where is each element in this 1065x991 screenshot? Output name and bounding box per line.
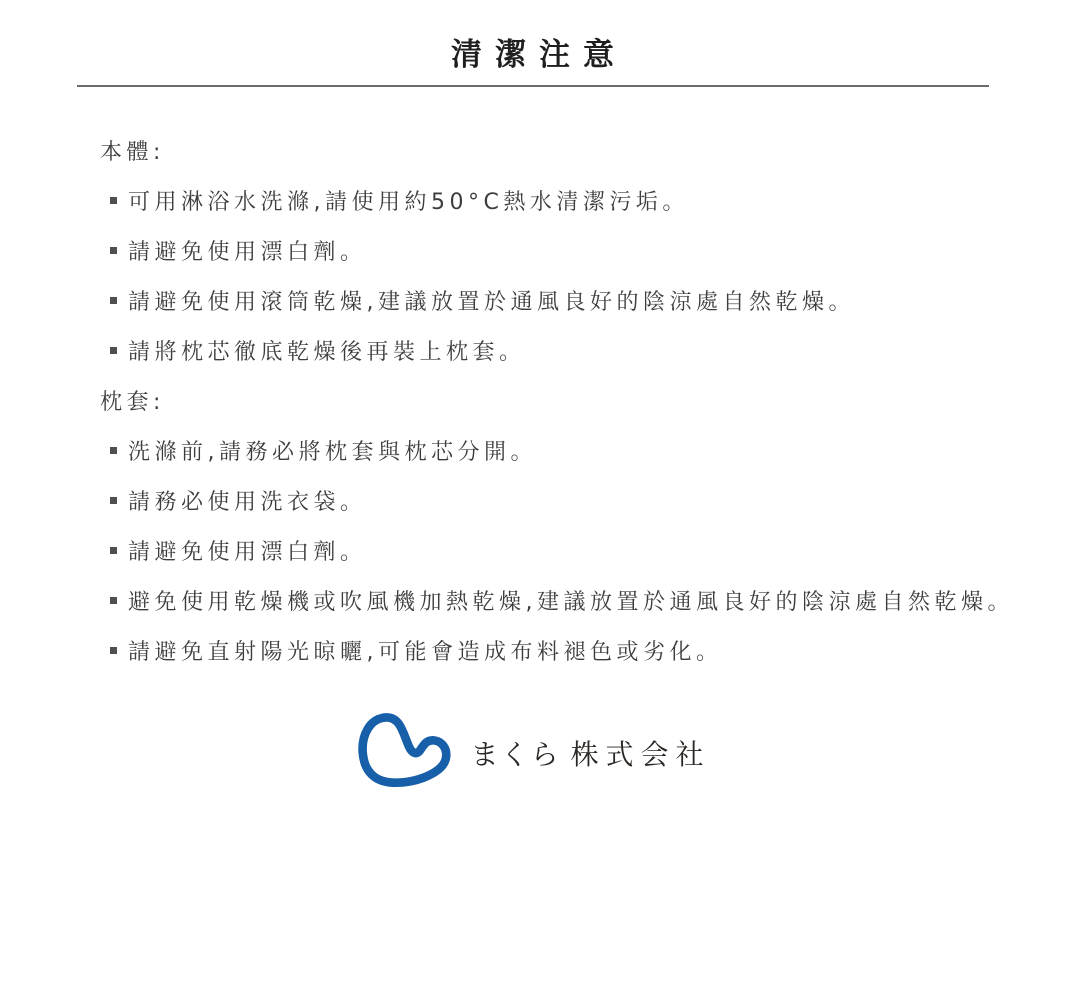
- square-bullet-icon: [110, 297, 117, 304]
- company-logo: まくら 株式会社: [0, 703, 1065, 799]
- list-item: 洗滌前,請務必將枕套與枕芯分開。: [110, 425, 1065, 475]
- page-title: 清潔注意: [0, 38, 1065, 72]
- list-item: 請將枕芯徹底乾燥後再裝上枕套。: [110, 325, 1065, 375]
- square-bullet-icon: [110, 597, 117, 604]
- square-bullet-icon: [110, 447, 117, 454]
- list-item-text: 請務必使用洗衣袋。: [128, 485, 367, 516]
- pillow-outline-icon: [354, 706, 454, 796]
- list-item-text: 請避免使用漂白劑。: [128, 235, 367, 266]
- list-item-text: 請避免使用滾筒乾燥,建議放置於通風良好的陰涼處自然乾燥。: [128, 285, 855, 316]
- section-heading-body: 本體:: [100, 125, 1065, 175]
- list-item: 請避免使用漂白劑。: [110, 525, 1065, 575]
- square-bullet-icon: [110, 347, 117, 354]
- square-bullet-icon: [110, 497, 117, 504]
- company-type-text: 株式会社: [571, 733, 711, 773]
- company-brand-text: まくら: [470, 733, 560, 773]
- section-heading-pillowcase: 枕套:: [100, 375, 1065, 425]
- list-item-text: 請避免直射陽光晾曬,可能會造成布料褪色或劣化。: [128, 635, 723, 666]
- list-item-text: 請將枕芯徹底乾燥後再裝上枕套。: [128, 335, 526, 366]
- document-header: 清潔注意: [0, 0, 1065, 87]
- square-bullet-icon: [110, 197, 117, 204]
- list-item: 避免使用乾燥機或吹風機加熱乾燥,建議放置於通風良好的陰涼處自然乾燥。: [110, 575, 1065, 625]
- square-bullet-icon: [110, 547, 117, 554]
- document-body: 本體: 可用淋浴水洗滌,請使用約50°C熱水清潔污垢。 請避免使用漂白劑。 請避…: [0, 87, 1065, 675]
- list-item: 請避免使用滾筒乾燥,建議放置於通風良好的陰涼處自然乾燥。: [110, 275, 1065, 325]
- list-item-text: 可用淋浴水洗滌,請使用約50°C熱水清潔污垢。: [128, 185, 689, 216]
- list-item: 請務必使用洗衣袋。: [110, 475, 1065, 525]
- list-item: 請避免使用漂白劑。: [110, 225, 1065, 275]
- care-list-body: 可用淋浴水洗滌,請使用約50°C熱水清潔污垢。 請避免使用漂白劑。 請避免使用滾…: [0, 175, 1065, 375]
- list-item: 可用淋浴水洗滌,請使用約50°C熱水清潔污垢。: [110, 175, 1065, 225]
- care-instructions-page: 清潔注意 本體: 可用淋浴水洗滌,請使用約50°C熱水清潔污垢。 請避免使用漂白…: [0, 0, 1065, 991]
- company-name: まくら 株式会社: [470, 729, 710, 773]
- list-item-text: 請避免使用漂白劑。: [128, 535, 367, 566]
- care-list-pillowcase: 洗滌前,請務必將枕套與枕芯分開。 請務必使用洗衣袋。 請避免使用漂白劑。 避免使…: [0, 425, 1065, 675]
- list-item-text: 避免使用乾燥機或吹風機加熱乾燥,建議放置於通風良好的陰涼處自然乾燥。: [128, 585, 1014, 616]
- square-bullet-icon: [110, 647, 117, 654]
- list-item: 請避免直射陽光晾曬,可能會造成布料褪色或劣化。: [110, 625, 1065, 675]
- list-item-text: 洗滌前,請務必將枕套與枕芯分開。: [128, 435, 537, 466]
- square-bullet-icon: [110, 247, 117, 254]
